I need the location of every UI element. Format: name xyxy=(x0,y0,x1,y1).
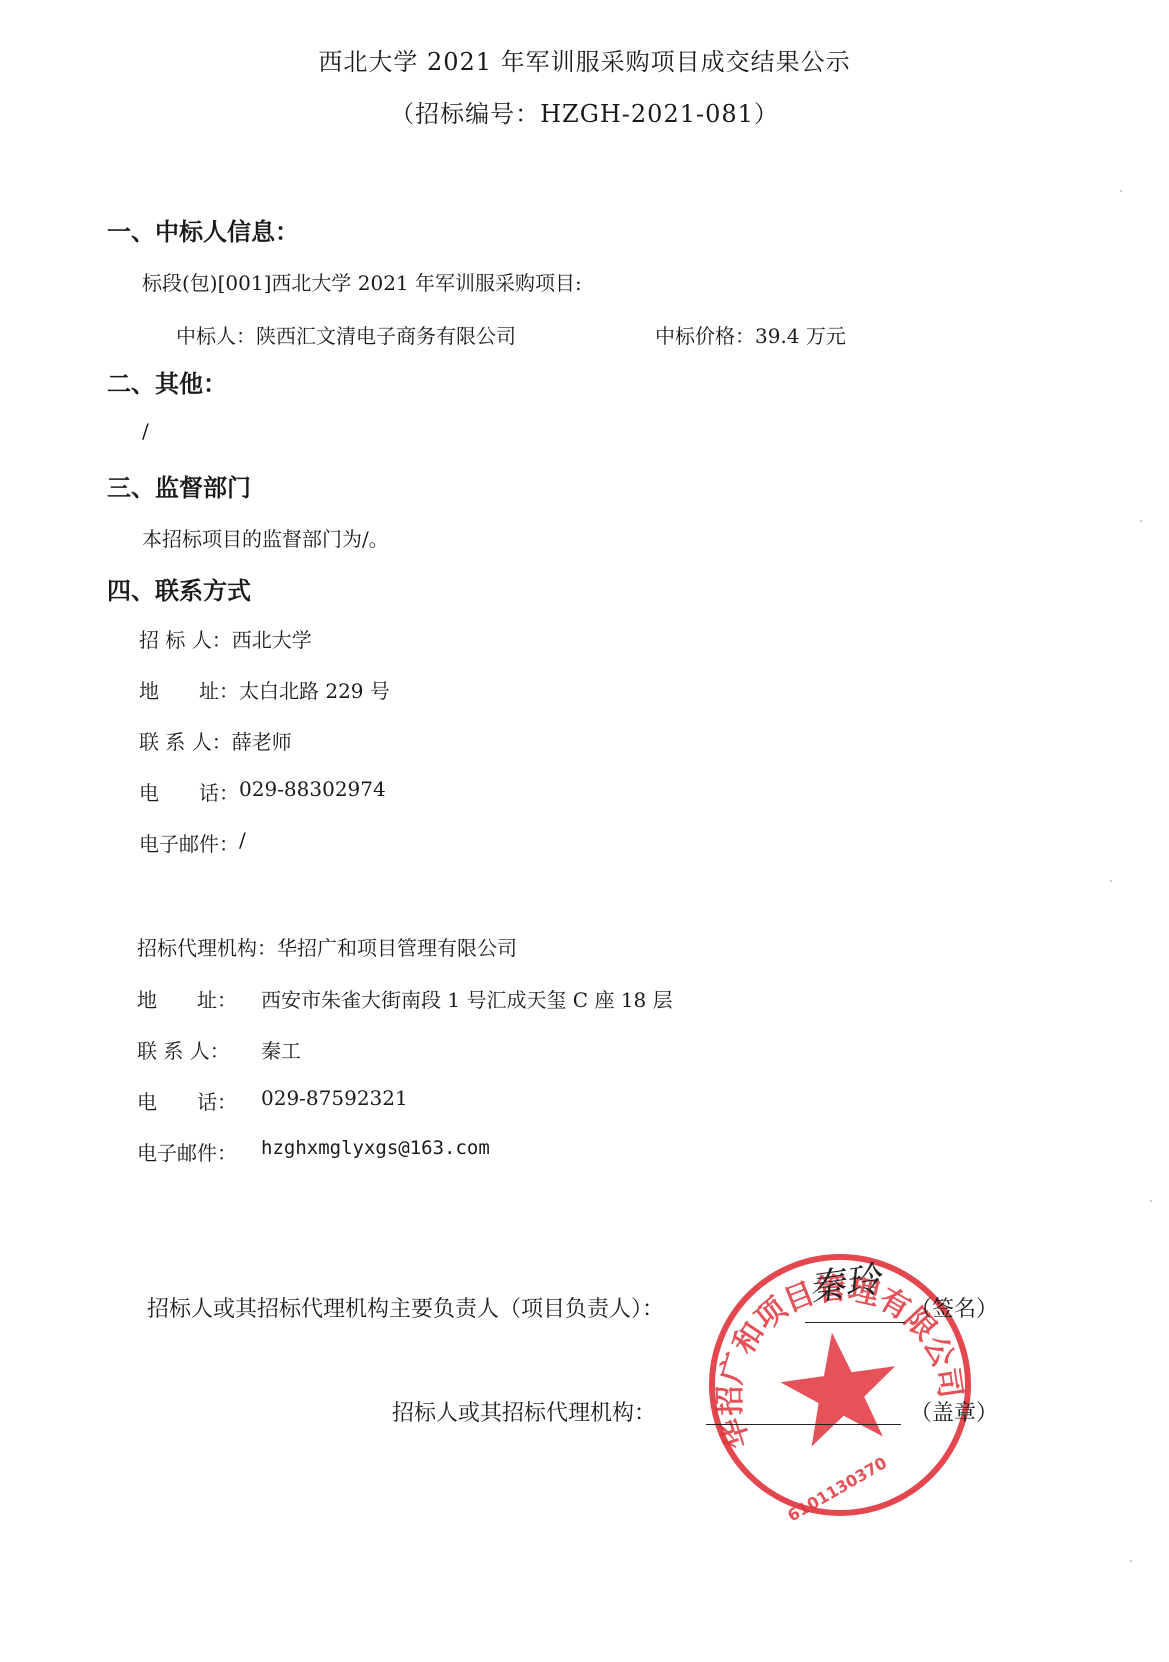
agency-email-label: 电子邮件： xyxy=(137,1137,261,1166)
purchaser-row: 招 标 人：西北大学 xyxy=(139,624,312,653)
purchaser-email-value: / xyxy=(239,828,246,857)
purchaser-email-row: 电子邮件：/ xyxy=(139,828,246,857)
signature-line2-label: 招标人或其招标代理机构： xyxy=(392,1396,656,1427)
scan-speck xyxy=(1120,190,1122,192)
purchaser-label: 招 标 人： xyxy=(139,624,232,653)
agency-contact-row: 联 系 人：秦工 xyxy=(137,1035,301,1064)
price-value: 39.4 万元 xyxy=(755,324,846,348)
agency-address-row: 地 址：西安市朱雀大街南段 1 号汇成天玺 C 座 18 层 xyxy=(137,984,673,1013)
purchaser-contact-value: 薛老师 xyxy=(232,726,292,755)
signature-line1-suffix: （签名） xyxy=(910,1292,998,1323)
section-heading-other: 二、其他： xyxy=(107,364,227,399)
signature-line1-blank xyxy=(805,1322,905,1323)
agency-email-row: 电子邮件：hzghxmglyxgs@163.com xyxy=(137,1137,490,1166)
purchaser-value: 西北大学 xyxy=(232,624,312,653)
document-title: 西北大学 2021 年军训服采购项目成交结果公示 xyxy=(0,42,1169,77)
purchaser-phone-row: 电 话：029-88302974 xyxy=(139,777,386,806)
agency-phone-value: 029-87592321 xyxy=(261,1086,408,1115)
handwritten-signature: 秦玲 xyxy=(805,1251,883,1312)
purchaser-address-label: 地 址： xyxy=(139,675,239,704)
purchaser-phone-value: 029-88302974 xyxy=(239,777,386,806)
signature-line1-label: 招标人或其招标代理机构主要负责人（项目负责人）： xyxy=(147,1292,664,1323)
agency-name-label: 招标代理机构： xyxy=(137,932,277,961)
purchaser-contact-row: 联 系 人：薛老师 xyxy=(139,726,292,755)
price-label: 中标价格： xyxy=(655,324,755,348)
agency-address-value: 西安市朱雀大街南段 1 号汇成天玺 C 座 18 层 xyxy=(261,984,673,1013)
section-heading-contact: 四、联系方式 xyxy=(107,571,251,606)
agency-address-label: 地 址： xyxy=(137,984,261,1013)
other-body: / xyxy=(142,419,149,443)
scan-speck xyxy=(1140,520,1142,522)
scan-speck xyxy=(1110,880,1112,882)
agency-name-value: 华招广和项目管理有限公司 xyxy=(277,932,517,961)
purchaser-address-value: 太白北路 229 号 xyxy=(239,675,390,704)
signature-line2-blank xyxy=(706,1424,901,1425)
lot-line: 标段(包)[001]西北大学 2021 年军训服采购项目: xyxy=(142,267,582,296)
purchaser-phone-label: 电 话： xyxy=(139,777,239,806)
section-heading-supervision: 三、监督部门 xyxy=(107,468,251,503)
purchaser-contact-label: 联 系 人： xyxy=(139,726,232,755)
scan-speck xyxy=(1130,1560,1132,1562)
purchaser-email-label: 电子邮件： xyxy=(139,828,239,857)
agency-contact-label: 联 系 人： xyxy=(137,1035,261,1064)
scan-speck xyxy=(1150,1200,1152,1202)
winner-label: 中标人： xyxy=(176,324,256,348)
agency-phone-label: 电 话： xyxy=(137,1086,261,1115)
supervision-body: 本招标项目的监督部门为/。 xyxy=(142,523,389,552)
section-heading-winner: 一、中标人信息： xyxy=(107,212,299,247)
purchaser-address-row: 地 址：太白北路 229 号 xyxy=(139,675,390,704)
signature-line2-suffix: （盖章） xyxy=(910,1396,998,1427)
agency-contact-value: 秦工 xyxy=(261,1035,301,1064)
price-line: 中标价格：39.4 万元 xyxy=(655,320,846,349)
winner-value: 陕西汇文清电子商务有限公司 xyxy=(256,324,516,348)
winner-line: 中标人：陕西汇文清电子商务有限公司 xyxy=(176,320,516,349)
bid-number: （招标编号：HZGH-2021-081） xyxy=(0,94,1169,129)
agency-email-value: hzghxmglyxgs@163.com xyxy=(261,1137,490,1166)
agency-name-row: 招标代理机构：华招广和项目管理有限公司 xyxy=(137,932,517,961)
agency-phone-row: 电 话：029-87592321 xyxy=(137,1086,408,1115)
